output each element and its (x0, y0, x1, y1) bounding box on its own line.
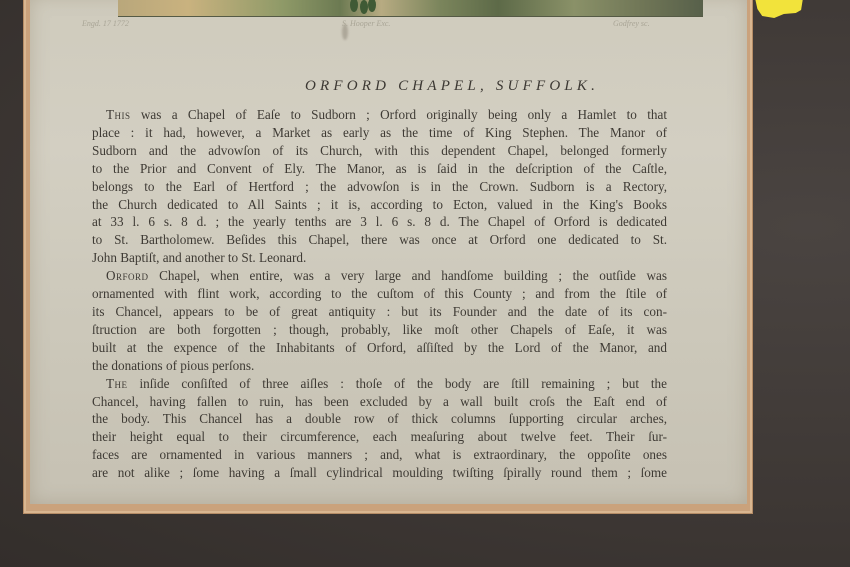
engraving-image (118, 0, 703, 17)
text-line-content: inſide conſiſted of three aiſles : thoſe… (128, 376, 667, 391)
text-line: the Church dedicated to All Saints ; it … (92, 196, 667, 214)
text-line: Sudborn and the advowſon of its Church, … (92, 142, 667, 160)
text-line: ſtruction are both forgotten ; though, p… (92, 321, 667, 339)
text-line: John Baptiſt, and another to St. Leonard… (92, 249, 667, 267)
text-line: built at the expence of the Inhabitants … (92, 339, 667, 357)
text-line: This was a Chapel of Eaſe to Sudborn ; O… (92, 106, 667, 124)
text-line: Chancel, having fallen to ruin, has been… (92, 393, 667, 411)
text-line: belongs to the Earl of Hertford ; the ad… (92, 178, 667, 196)
page-title: ORFORD CHAPEL, SUFFOLK. (0, 78, 850, 95)
paragraph-lead: The (106, 376, 128, 391)
text-line: to St. Bartholomew. Beſides this Chapel,… (92, 231, 667, 249)
text-line: the donations of pious perſons. (92, 357, 667, 375)
text-line: are not alike ; ſome having a ſmall cyli… (92, 464, 667, 482)
paragraph-lead: This (106, 107, 131, 122)
text-line: faces are ornamented in various manners … (92, 446, 667, 464)
text-line: its Chancel, appears to be of great anti… (92, 303, 667, 321)
text-line-content: Chapel, when entire, was a very large an… (149, 268, 667, 283)
engraving-caption-engraver: Godfrey sc. (613, 19, 650, 28)
text-line: place : it had, however, a Market as ear… (92, 124, 667, 142)
text-line: The inſide conſiſted of three aiſles : t… (92, 375, 667, 393)
engraving-caption-date: Engd. 17 1772 (82, 19, 129, 28)
document-body: This was a Chapel of Eaſe to Sudborn ; O… (92, 106, 667, 482)
text-line: the body. This Chancel has a double row … (92, 410, 667, 428)
tree-shape (368, 0, 376, 12)
text-line: their height equal to their circumferenc… (92, 428, 667, 446)
paragraph-lead: Orford (106, 268, 149, 283)
text-line: to the Prior and Convent of Ely. The Man… (92, 160, 667, 178)
text-line: at 33 l. 6 s. 8 d. ; the yearly tenths a… (92, 213, 667, 231)
text-line: ornamented with flint work, according to… (92, 285, 667, 303)
tree-shape (350, 0, 358, 12)
text-line: Orford Chapel, when entire, was a very l… (92, 267, 667, 285)
tree-shape (360, 0, 368, 14)
text-line-content: was a Chapel of Eaſe to Sudborn ; Orford… (131, 107, 667, 122)
engraving-caption-publisher: S. Hooper Exc. (342, 19, 390, 28)
